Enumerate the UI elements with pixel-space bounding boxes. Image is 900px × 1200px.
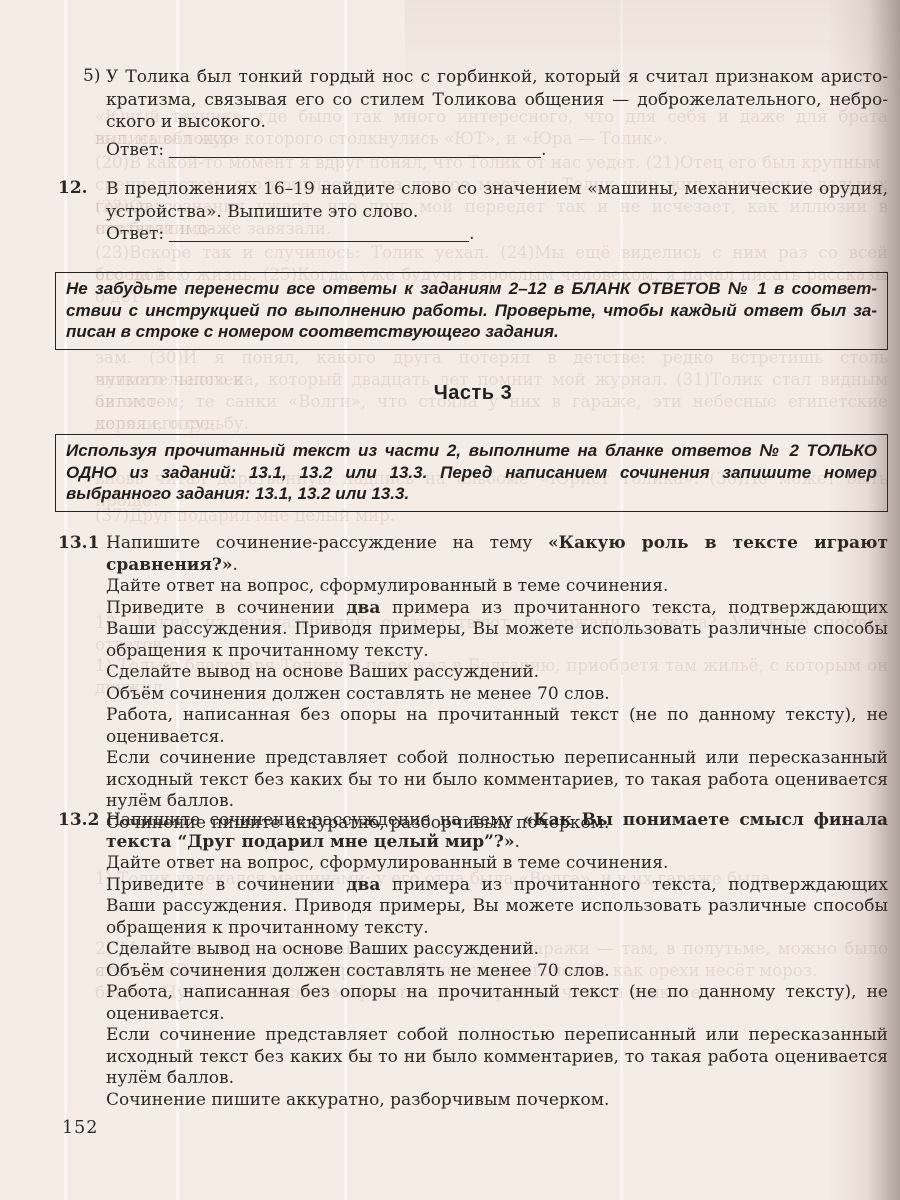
page-number: 152 bbox=[62, 1118, 98, 1138]
task-number: 13.1 bbox=[58, 533, 99, 553]
task-13-2: 13.2 Напишите сочинение-рассуждение на т… bbox=[58, 810, 888, 1111]
task-option-5: 5) У Толика был тонкий гордый нос с горб… bbox=[83, 66, 888, 134]
answer-blank bbox=[169, 142, 541, 158]
answer-line-12: Ответ:. bbox=[106, 224, 475, 244]
answer-blank bbox=[169, 226, 469, 242]
task-text: Напишите сочинение-рассуждение на тему «… bbox=[106, 533, 888, 834]
ghost-line: деляя его судьбу. bbox=[95, 413, 888, 435]
task-text: В предложениях 16–19 найдите слово со зн… bbox=[106, 178, 888, 223]
answer-period: . bbox=[469, 224, 474, 244]
option-number: 5) bbox=[83, 66, 100, 86]
task-choice-notice-box: Используя прочитанный текст из части 2, … bbox=[55, 434, 888, 512]
answer-label: Ответ: bbox=[106, 224, 164, 244]
task-choice-notice-text: Используя прочитанный текст из части 2, … bbox=[66, 441, 877, 503]
answer-line-5: Ответ:. bbox=[106, 140, 547, 160]
task-13-1: 13.1 Напишите сочинение-рассуждение на т… bbox=[58, 533, 888, 834]
page-edge-shadow bbox=[828, 0, 900, 1200]
answer-label: Ответ: bbox=[106, 140, 164, 160]
option-text: У Толика был тонкий гордый нос с горбинк… bbox=[106, 66, 888, 134]
part-3-heading: Часть 3 bbox=[58, 382, 888, 405]
answer-period: . bbox=[541, 140, 546, 160]
transfer-notice-box: Не забудьте перенести все ответы к задан… bbox=[55, 272, 888, 350]
transfer-notice-text: Не забудьте перенести все ответы к задан… bbox=[66, 279, 877, 341]
task-item-12: 12. В предложениях 16–19 найдите слово с… bbox=[58, 178, 888, 223]
task-text: Напишите сочинение-рассуждение на тему «… bbox=[106, 810, 888, 1111]
task-number: 13.2 bbox=[58, 810, 99, 830]
scanned-exam-page: «Юный техник», где было так много интере… bbox=[0, 0, 900, 1200]
task-number: 12. bbox=[58, 178, 88, 198]
